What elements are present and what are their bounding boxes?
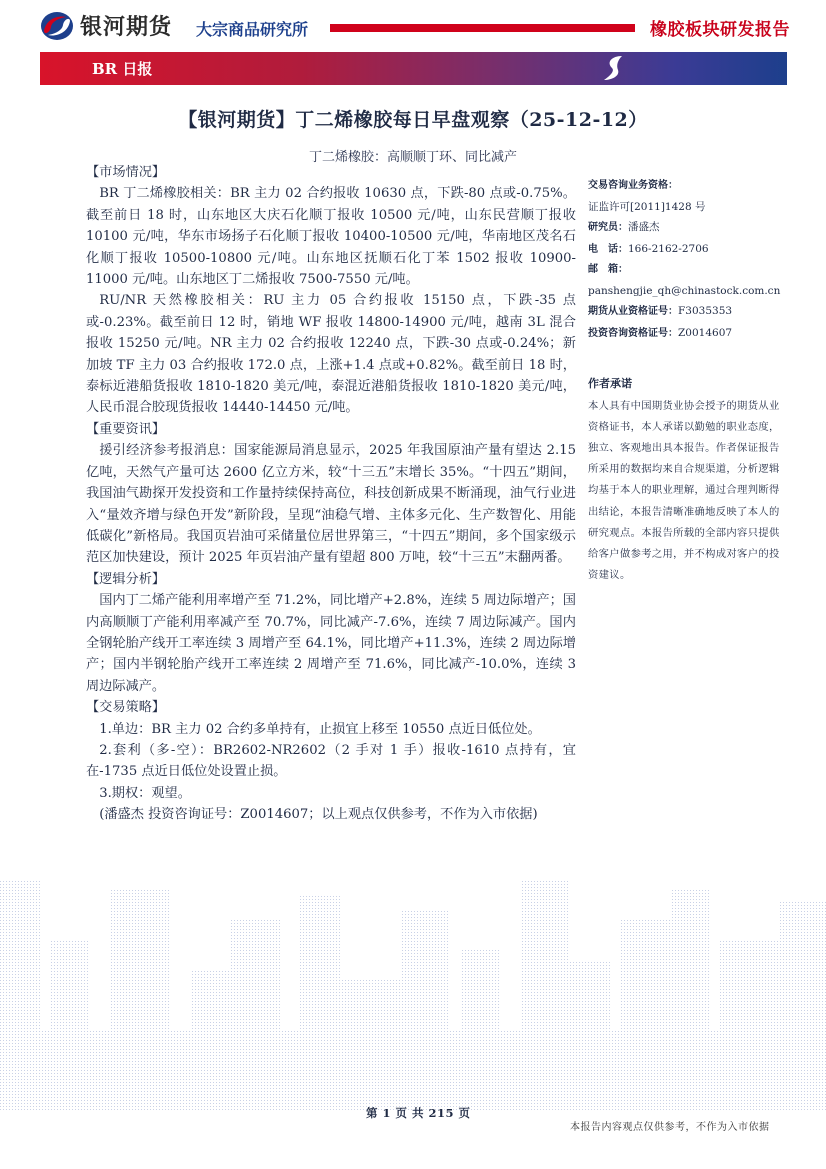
author-promise-text: 本人具有中国期货业协会授予的期货从业资格证书，本人承诺以勤勉的职业态度，独立、客…: [588, 396, 788, 587]
analyst-sidebar: 交易咨询业务资格： 证监许可[2011]1428 号 研究员：潘盛杰 电 话：1…: [588, 176, 788, 586]
researcher-label: 研究员：: [588, 222, 628, 233]
page-indicator: 第 1 页 共 215 页: [366, 1105, 471, 1121]
market-paragraph-ru-nr: RU/NR 天然橡胶相关：RU 主力 05 合约报收 15150 点，下跌-35…: [86, 290, 576, 418]
strategy-item-single: 1.单边：BR 主力 02 合约多单持有，止损宜上移至 10550 点近日低位处…: [86, 719, 576, 740]
license-value: 证监许可[2011]1428 号: [588, 197, 788, 218]
document-title: 【银河期货】丁二烯橡胶每日早盘观察（25-12-12）: [0, 105, 826, 132]
futures-cert-value: F3035353: [678, 305, 732, 317]
phone-label: 电 话：: [588, 244, 628, 255]
analyst-signature: (潘盛杰 投资咨询证号：Z0014607；以上观点仅供参考，不作为入市依据): [86, 804, 576, 825]
logic-paragraph: 国内丁二烯产能利用率增产至 71.2%，同比增产+2.8%，连续 5 周边际增产…: [86, 590, 576, 697]
news-paragraph: 援引经济参考报消息：国家能源局消息显示，2025 年我国原油产量有望达 2.15…: [86, 440, 576, 568]
report-body: 【市场情况】 BR 丁二烯橡胶相关：BR 主力 02 合约报收 10630 点，…: [86, 162, 576, 826]
institute-name: 大宗商品研究所: [196, 17, 308, 40]
galaxy-s-logo-icon: [40, 11, 74, 41]
section-heading-market: 【市场情况】: [86, 162, 576, 183]
report-header: 银河期货 大宗商品研究所 橡胶板块研发报告 BR 日报: [0, 0, 826, 90]
s-swoosh-icon: [600, 52, 630, 85]
invest-cert-value: Z0014607: [678, 327, 732, 339]
banner-label: BR 日报: [92, 58, 152, 79]
email-label: 邮 箱：: [588, 260, 788, 281]
market-paragraph-br: BR 丁二烯橡胶相关：BR 主力 02 合约报收 10630 点，下跌-80 点…: [86, 183, 576, 290]
header-divider: [330, 24, 635, 32]
invest-cert-label: 投资咨询资格证号：: [588, 328, 678, 339]
strategy-item-options: 3.期权：观望。: [86, 783, 576, 804]
phone-value: 166-2162-2706: [628, 243, 709, 255]
email-link[interactable]: panshengjie_qh@chinastock.com.cn: [588, 281, 788, 302]
sidebar-spacer: [588, 344, 788, 374]
author-promise-title: 作者承诺: [588, 374, 788, 395]
company-name: 银河期货: [80, 10, 172, 41]
section-heading-strategy: 【交易策略】: [86, 697, 576, 718]
company-logo: 银河期货: [40, 10, 172, 41]
researcher-name: 潘盛杰: [628, 221, 660, 233]
license-label: 交易咨询业务资格：: [588, 176, 788, 197]
report-banner: BR 日报: [40, 52, 787, 85]
section-heading-news: 【重要资讯】: [86, 419, 576, 440]
cityscape-watermark-icon: [0, 860, 826, 1110]
report-type-label: 橡胶板块研发报告: [650, 15, 790, 40]
footer-disclaimer: 本报告内容观点仅供参考，不作为入市依据: [570, 1118, 770, 1133]
futures-cert-label: 期货从业资格证号：: [588, 306, 678, 317]
section-heading-logic: 【逻辑分析】: [86, 569, 576, 590]
strategy-item-arbitrage: 2.套利（多-空）：BR2602-NR2602（2 手对 1 手）报收-1610…: [86, 740, 576, 783]
